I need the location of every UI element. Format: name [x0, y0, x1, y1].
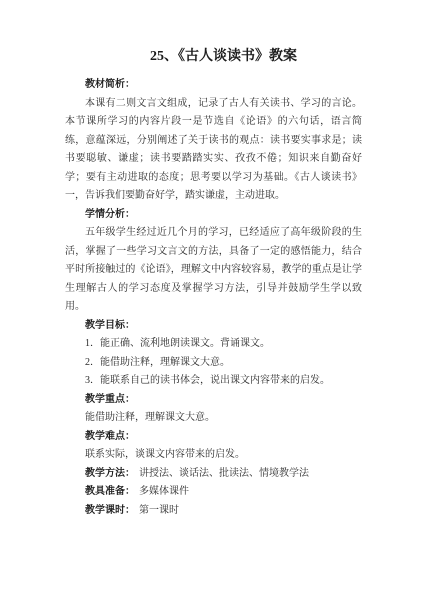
- section-heading-teaching-objectives: 教学目标：: [65, 317, 362, 336]
- section-heading-teaching-difficulty: 教学难点：: [65, 428, 362, 447]
- teaching-period-label: 教学课时：: [85, 505, 135, 516]
- teaching-methods-line: 教学方法：讲授法、谈话法、批读法、情境教学法: [65, 465, 362, 484]
- section-heading-learner-analysis: 学情分析：: [65, 206, 362, 225]
- teaching-aids-value: 多媒体课件: [139, 486, 189, 497]
- objective-item-2: 2．能借助注释，理解课文大意。: [65, 354, 362, 373]
- objective-item-1: 1．能正确、流利地朗读课文。背诵课文。: [65, 335, 362, 354]
- teaching-methods-value: 讲授法、谈话法、批读法、情境教学法: [139, 468, 309, 479]
- learner-analysis-paragraph: 五年级学生经过近几个月的学习，已经适应了高年级阶段的生活，掌握了一些学习文言文的…: [65, 224, 362, 317]
- teaching-period-line: 教学课时：第一课时: [65, 502, 362, 521]
- objective-item-3: 3．能联系自己的读书体会，说出课文内容带来的启发。: [65, 372, 362, 391]
- textbook-analysis-paragraph: 本课有二则文言文组成，记录了古人有关读书、学习的言论。本节课所学习的内容片段一是…: [65, 95, 362, 206]
- teaching-difficulty-paragraph: 联系实际，谈课文内容带来的启发。: [65, 446, 362, 465]
- lesson-plan-page: 25、《古人谈读书》教案 教材简析： 本课有二则文言文组成，记录了古人有关读书、…: [0, 0, 424, 600]
- teaching-aids-line: 教具准备：多媒体课件: [65, 483, 362, 502]
- page-title: 25、《古人谈读书》教案: [65, 46, 362, 68]
- section-heading-teaching-key-point: 教学重点：: [65, 391, 362, 410]
- teaching-period-value: 第一课时: [139, 505, 179, 516]
- teaching-key-point-paragraph: 能借助注释，理解课文大意。: [65, 409, 362, 428]
- section-heading-textbook-analysis: 教材简析：: [65, 76, 362, 95]
- teaching-aids-label: 教具准备：: [85, 486, 135, 497]
- teaching-methods-label: 教学方法：: [85, 468, 135, 479]
